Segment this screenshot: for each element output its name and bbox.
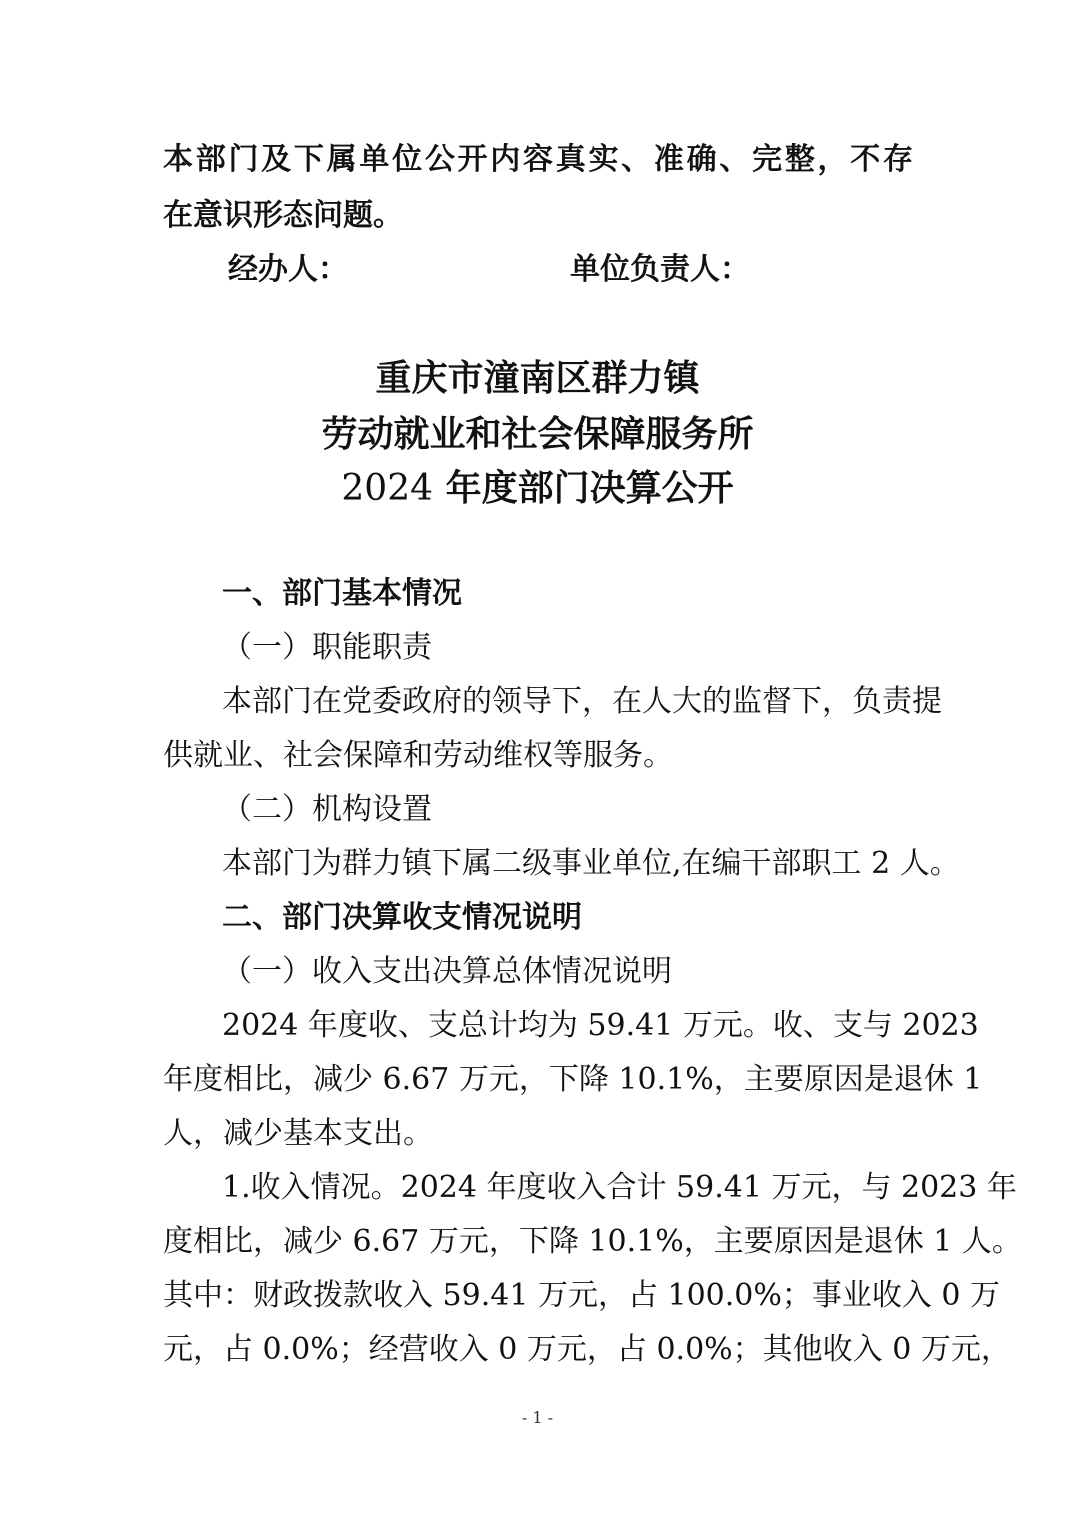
title-year: 2024 <box>341 468 433 509</box>
document-title-line-1: 重庆市潼南区群力镇 <box>0 350 1075 406</box>
section-1-1-paragraph-line-2: 供就业、社会保障和劳动维权等服务。 <box>163 736 913 776</box>
section-2-1-paragraph-line-2: 年度相比，减少 6.67 万元，下降 10.1%，主要原因是退休 1 <box>163 1060 913 1100</box>
income-paragraph-line-3: 其中：财政拨款收入 59.41 万元，占 100.0%；事业收入 0 万 <box>163 1276 913 1316</box>
page-number: - 1 - <box>0 1408 1075 1427</box>
statement-line-1: 本部门及下属单位公开内容真实、准确、完整，不存 <box>163 140 913 180</box>
section-1-2-paragraph: 本部门为群力镇下属二级事业单位,在编干部职工 2 人。 <box>222 844 912 884</box>
document-title-line-2: 劳动就业和社会保障服务所 <box>0 406 1075 462</box>
income-paragraph-line-1: 1.收入情况。2024 年度收入合计 59.41 万元，与 2023 年 <box>222 1168 912 1208</box>
section-1-1-paragraph-line-1: 本部门在党委政府的领导下，在人大的监督下，负责提 <box>222 682 912 722</box>
document-title-line-3: 2024 年度部门决算公开 <box>0 460 1075 517</box>
statement-line-2: 在意识形态问题。 <box>163 196 913 236</box>
section-1-2-heading: （二）机构设置 <box>222 790 972 830</box>
responsible-person-label: 单位负责人： <box>570 250 750 290</box>
section-2-1-paragraph-line-1: 2024 年度收、支总计均为 59.41 万元。收、支与 2023 <box>222 1006 912 1046</box>
income-paragraph-line-2: 度相比，减少 6.67 万元，下降 10.1%，主要原因是退休 1 人。 <box>163 1222 913 1262</box>
section-2-1-heading: （一）收入支出决算总体情况说明 <box>222 952 972 992</box>
section-1-heading: 一、部门基本情况 <box>222 574 972 614</box>
section-2-1-paragraph-line-3: 人，减少基本支出。 <box>163 1114 913 1154</box>
section-2-heading: 二、部门决算收支情况说明 <box>222 898 972 938</box>
title-text: 年度部门决算公开 <box>433 467 734 509</box>
section-1-1-heading: （一）职能职责 <box>222 628 972 668</box>
document-page: 本部门及下属单位公开内容真实、准确、完整，不存 在意识形态问题。 经办人： 单位… <box>0 0 1075 1520</box>
income-paragraph-line-4: 元，占 0.0%；经营收入 0 万元，占 0.0%；其他收入 0 万元， <box>163 1330 913 1370</box>
handler-label: 经办人： <box>228 250 348 290</box>
